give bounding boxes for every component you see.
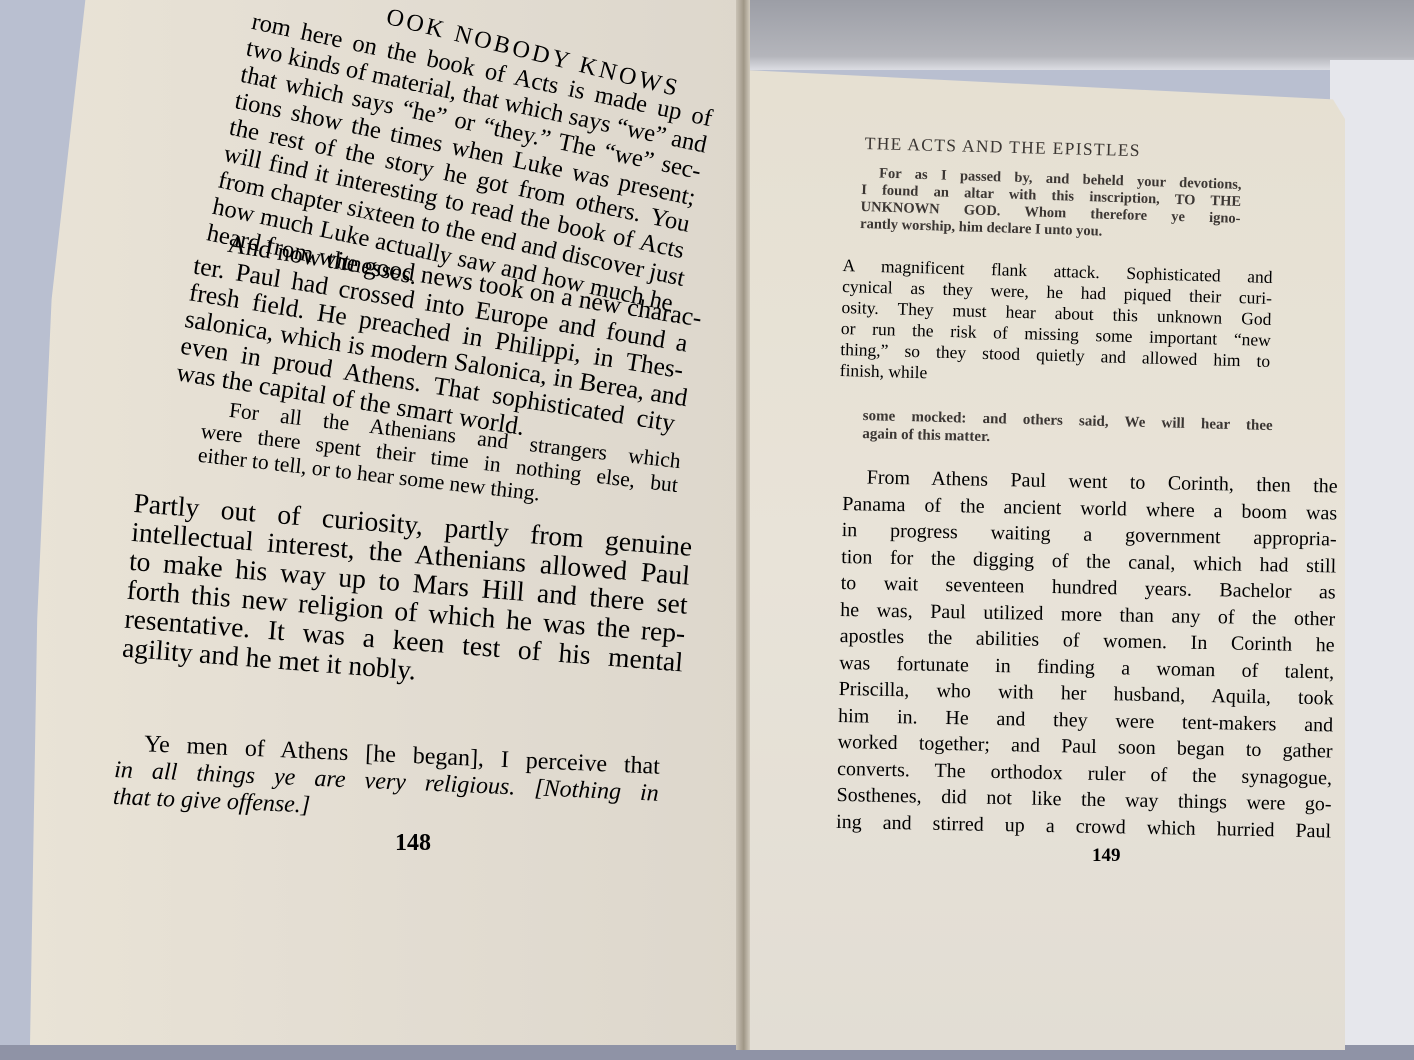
- left-page-number: 148: [395, 830, 431, 857]
- right-paragraph-1: A magnificent flank attack. Sophisticate…: [839, 255, 1272, 393]
- book-gutter: [736, 0, 750, 1050]
- right-paragraph-2: From Athens Paul went to Corinth, then t…: [836, 464, 1338, 844]
- right-page-number: 149: [1092, 845, 1121, 867]
- right-scripture-quote-1: For as I passed by, and beheld your devo…: [860, 165, 1242, 245]
